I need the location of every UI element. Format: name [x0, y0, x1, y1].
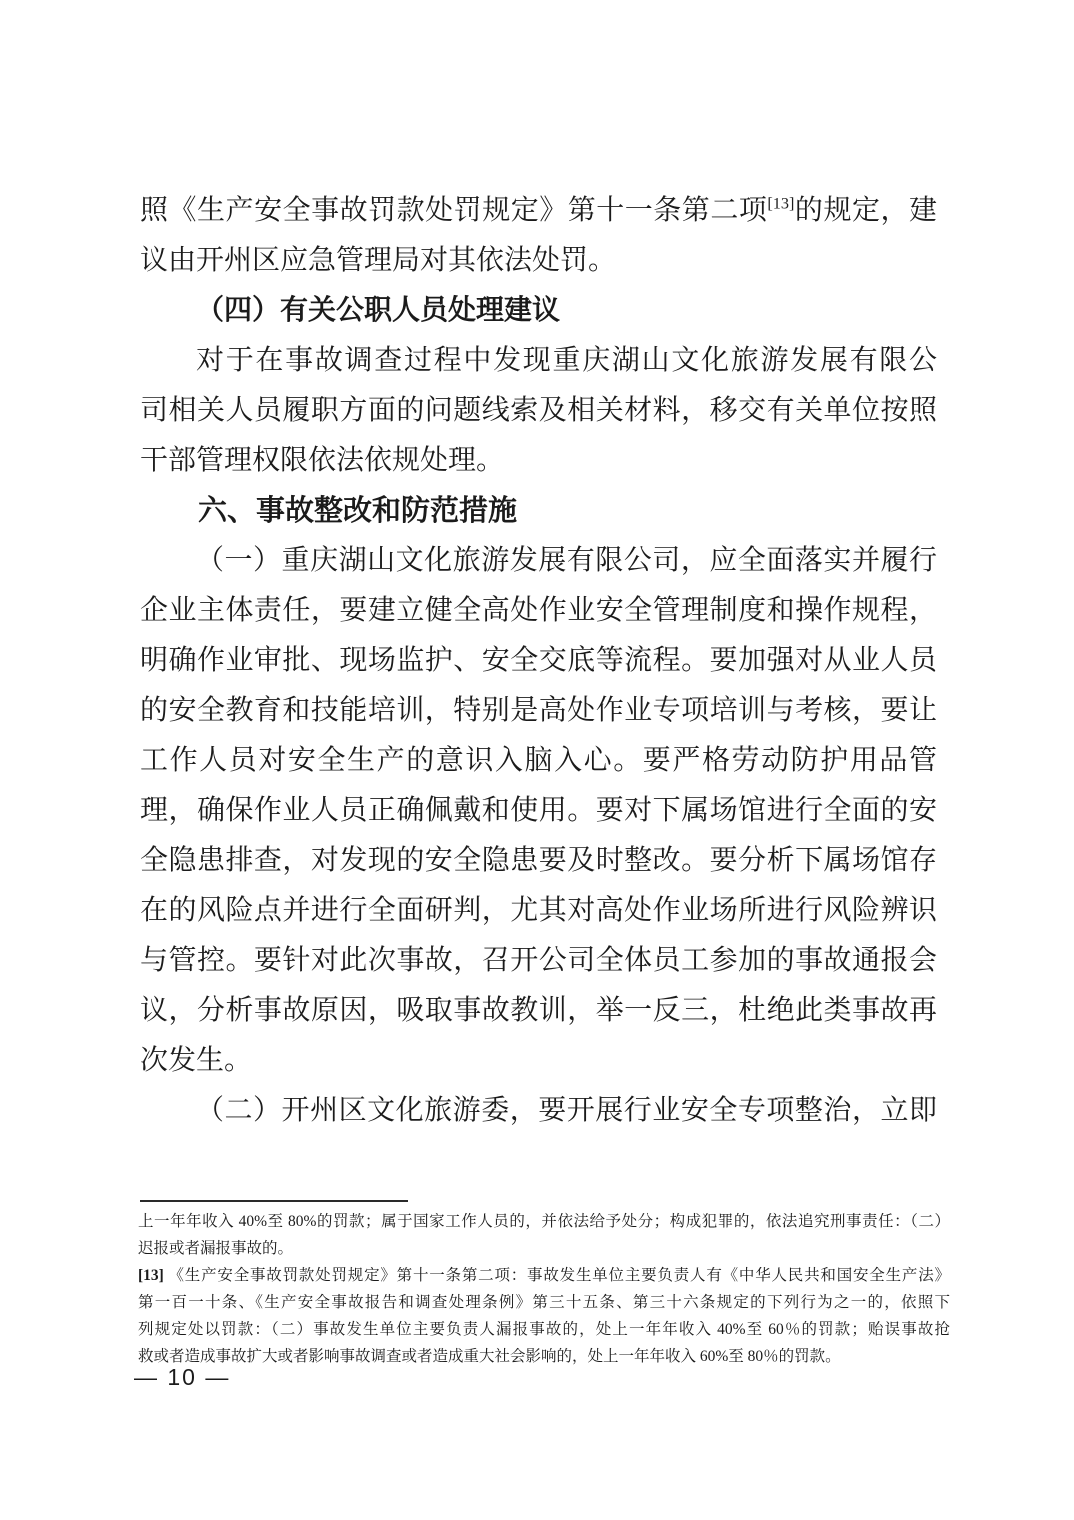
footnote-continuation-line: 迟报或者漏报事故的。 [138, 1235, 950, 1262]
body-line: 司相关人员履职方面的问题线索及相关材料，移交有关单位按照 [140, 386, 937, 436]
text-segment: 对于在事故调查过程中发现重庆湖山文化旅游发展有限公 [196, 345, 937, 376]
text-segment: 企业主体责任，要建立健全高处作业安全管理制度和操作规程， [140, 595, 937, 626]
body-line: 企业主体责任，要建立健全高处作业安全管理制度和操作规程， [140, 586, 937, 636]
text-segment: 的安全教育和技能培训，特别是高处作业专项培训与考核，要让 [140, 695, 937, 726]
body-line: 理，确保作业人员正确佩戴和使用。要对下属场馆进行全面的安 [140, 786, 937, 836]
text-segment: 照《生产安全事故罚款处罚规定》第十一条第二项 [140, 195, 767, 226]
text-segment: 救或者造成事故扩大或者影响事故调查或者造成重大社会影响的，处上一年年收入 60%… [138, 1348, 841, 1365]
text-segment: （一）重庆湖山文化旅游发展有限公司，应全面落实并履行 [196, 545, 937, 576]
text-segment: 议由开州区应急管理局对其依法处罚。 [140, 245, 616, 276]
text-segment: 议，分析事故原因，吸取事故教训，举一反三，杜绝此类事故再 [140, 995, 937, 1026]
body-line: 的安全教育和技能培训，特别是高处作业专项培训与考核，要让 [140, 686, 937, 736]
text-segment: 工作人员对安全生产的意识入脑入心。要严格劳动防护用品管 [140, 745, 937, 776]
section-heading: 六、事故整改和防范措施 [140, 486, 937, 536]
subsection-heading: （四）有关公职人员处理建议 [140, 286, 937, 336]
body-line: 对于在事故调查过程中发现重庆湖山文化旅游发展有限公 [140, 336, 937, 386]
text-segment: （四）有关公职人员处理建议 [196, 295, 560, 326]
text-segment: 干部管理权限依法依规处理。 [140, 445, 504, 476]
text-segment: （二）开州区文化旅游委，要开展行业安全专项整治，立即 [196, 1095, 937, 1126]
footnote-13-line: 救或者造成事故扩大或者影响事故调查或者造成重大社会影响的，处上一年年收入 60%… [138, 1343, 950, 1370]
text-segment: 次发生。 [140, 1045, 252, 1076]
document-page: 照《生产安全事故罚款处罚规定》第十一条第二项[13]的规定，建议由开州区应急管理… [0, 0, 1074, 1520]
text-segment: 全隐患排查，对发现的安全隐患要及时整改。要分析下属场馆存 [140, 845, 937, 876]
footnote-continuation-line: 上一年年收入 40%至 80%的罚款；属于国家工作人员的，并依法给予处分；构成犯… [138, 1208, 950, 1235]
text-segment: 的规定，建 [794, 195, 937, 226]
body-line: 照《生产安全事故罚款处罚规定》第十一条第二项[13]的规定，建 [140, 186, 937, 236]
text-segment: 理，确保作业人员正确佩戴和使用。要对下属场馆进行全面的安 [140, 795, 937, 826]
body-line: 次发生。 [140, 1036, 937, 1086]
text-segment: 司相关人员履职方面的问题线索及相关材料，移交有关单位按照 [140, 395, 937, 426]
footnote-13-line: 第一百一十条、《生产安全事故报告和调查处理条例》第三十五条、第三十六条规定的下列… [138, 1289, 950, 1316]
text-segment: 明确作业审批、现场监护、安全交底等流程。要加强对从业人员 [140, 645, 937, 676]
footnote-separator [140, 1200, 408, 1202]
text-segment: 迟报或者漏报事故的。 [138, 1240, 293, 1257]
text-segment: 《生产安全事故罚款处罚规定》第十一条第二项：事故发生单位主要负责人有《中华人民共… [164, 1267, 950, 1284]
footnote-number-13: [13] [138, 1267, 164, 1284]
body-line: （二）开州区文化旅游委，要开展行业安全专项整治，立即 [140, 1086, 937, 1136]
text-segment: 六、事故整改和防范措施 [198, 495, 517, 527]
body-line: 与管控。要针对此次事故，召开公司全体员工参加的事故通报会 [140, 936, 937, 986]
text-segment: 与管控。要针对此次事故，召开公司全体员工参加的事故通报会 [140, 945, 937, 976]
body-line: 干部管理权限依法依规处理。 [140, 436, 937, 486]
text-segment: 列规定处以罚款：（二）事故发生单位主要负责人漏报事故的，处上一年年收入 40%至… [138, 1321, 950, 1338]
footnote-reference-13: [13] [767, 195, 794, 213]
body-line: 全隐患排查，对发现的安全隐患要及时整改。要分析下属场馆存 [140, 836, 937, 886]
body-line: 明确作业审批、现场监护、安全交底等流程。要加强对从业人员 [140, 636, 937, 686]
text-segment: 在的风险点并进行全面研判，尤其对高处作业场所进行风险辨识 [140, 895, 937, 926]
footnotes-block: 上一年年收入 40%至 80%的罚款；属于国家工作人员的，并依法给予处分；构成犯… [138, 1208, 950, 1370]
body-line: 议，分析事故原因，吸取事故教训，举一反三，杜绝此类事故再 [140, 986, 937, 1036]
body-line: （一）重庆湖山文化旅游发展有限公司，应全面落实并履行 [140, 536, 937, 586]
footnote-13-line: 列规定处以罚款：（二）事故发生单位主要负责人漏报事故的，处上一年年收入 40%至… [138, 1316, 950, 1343]
footnote-13-line: [13] 《生产安全事故罚款处罚规定》第十一条第二项：事故发生单位主要负责人有《… [138, 1262, 950, 1289]
text-segment: 第一百一十条、《生产安全事故报告和调查处理条例》第三十五条、第三十六条规定的下列… [138, 1294, 950, 1311]
page-number: — 10 — [134, 1364, 230, 1391]
body-line: 议由开州区应急管理局对其依法处罚。 [140, 236, 937, 286]
body-line: 在的风险点并进行全面研判，尤其对高处作业场所进行风险辨识 [140, 886, 937, 936]
text-segment: 上一年年收入 40%至 80%的罚款；属于国家工作人员的，并依法给予处分；构成犯… [138, 1213, 950, 1230]
body-text: 照《生产安全事故罚款处罚规定》第十一条第二项[13]的规定，建议由开州区应急管理… [140, 186, 937, 1136]
body-line: 工作人员对安全生产的意识入脑入心。要严格劳动防护用品管 [140, 736, 937, 786]
